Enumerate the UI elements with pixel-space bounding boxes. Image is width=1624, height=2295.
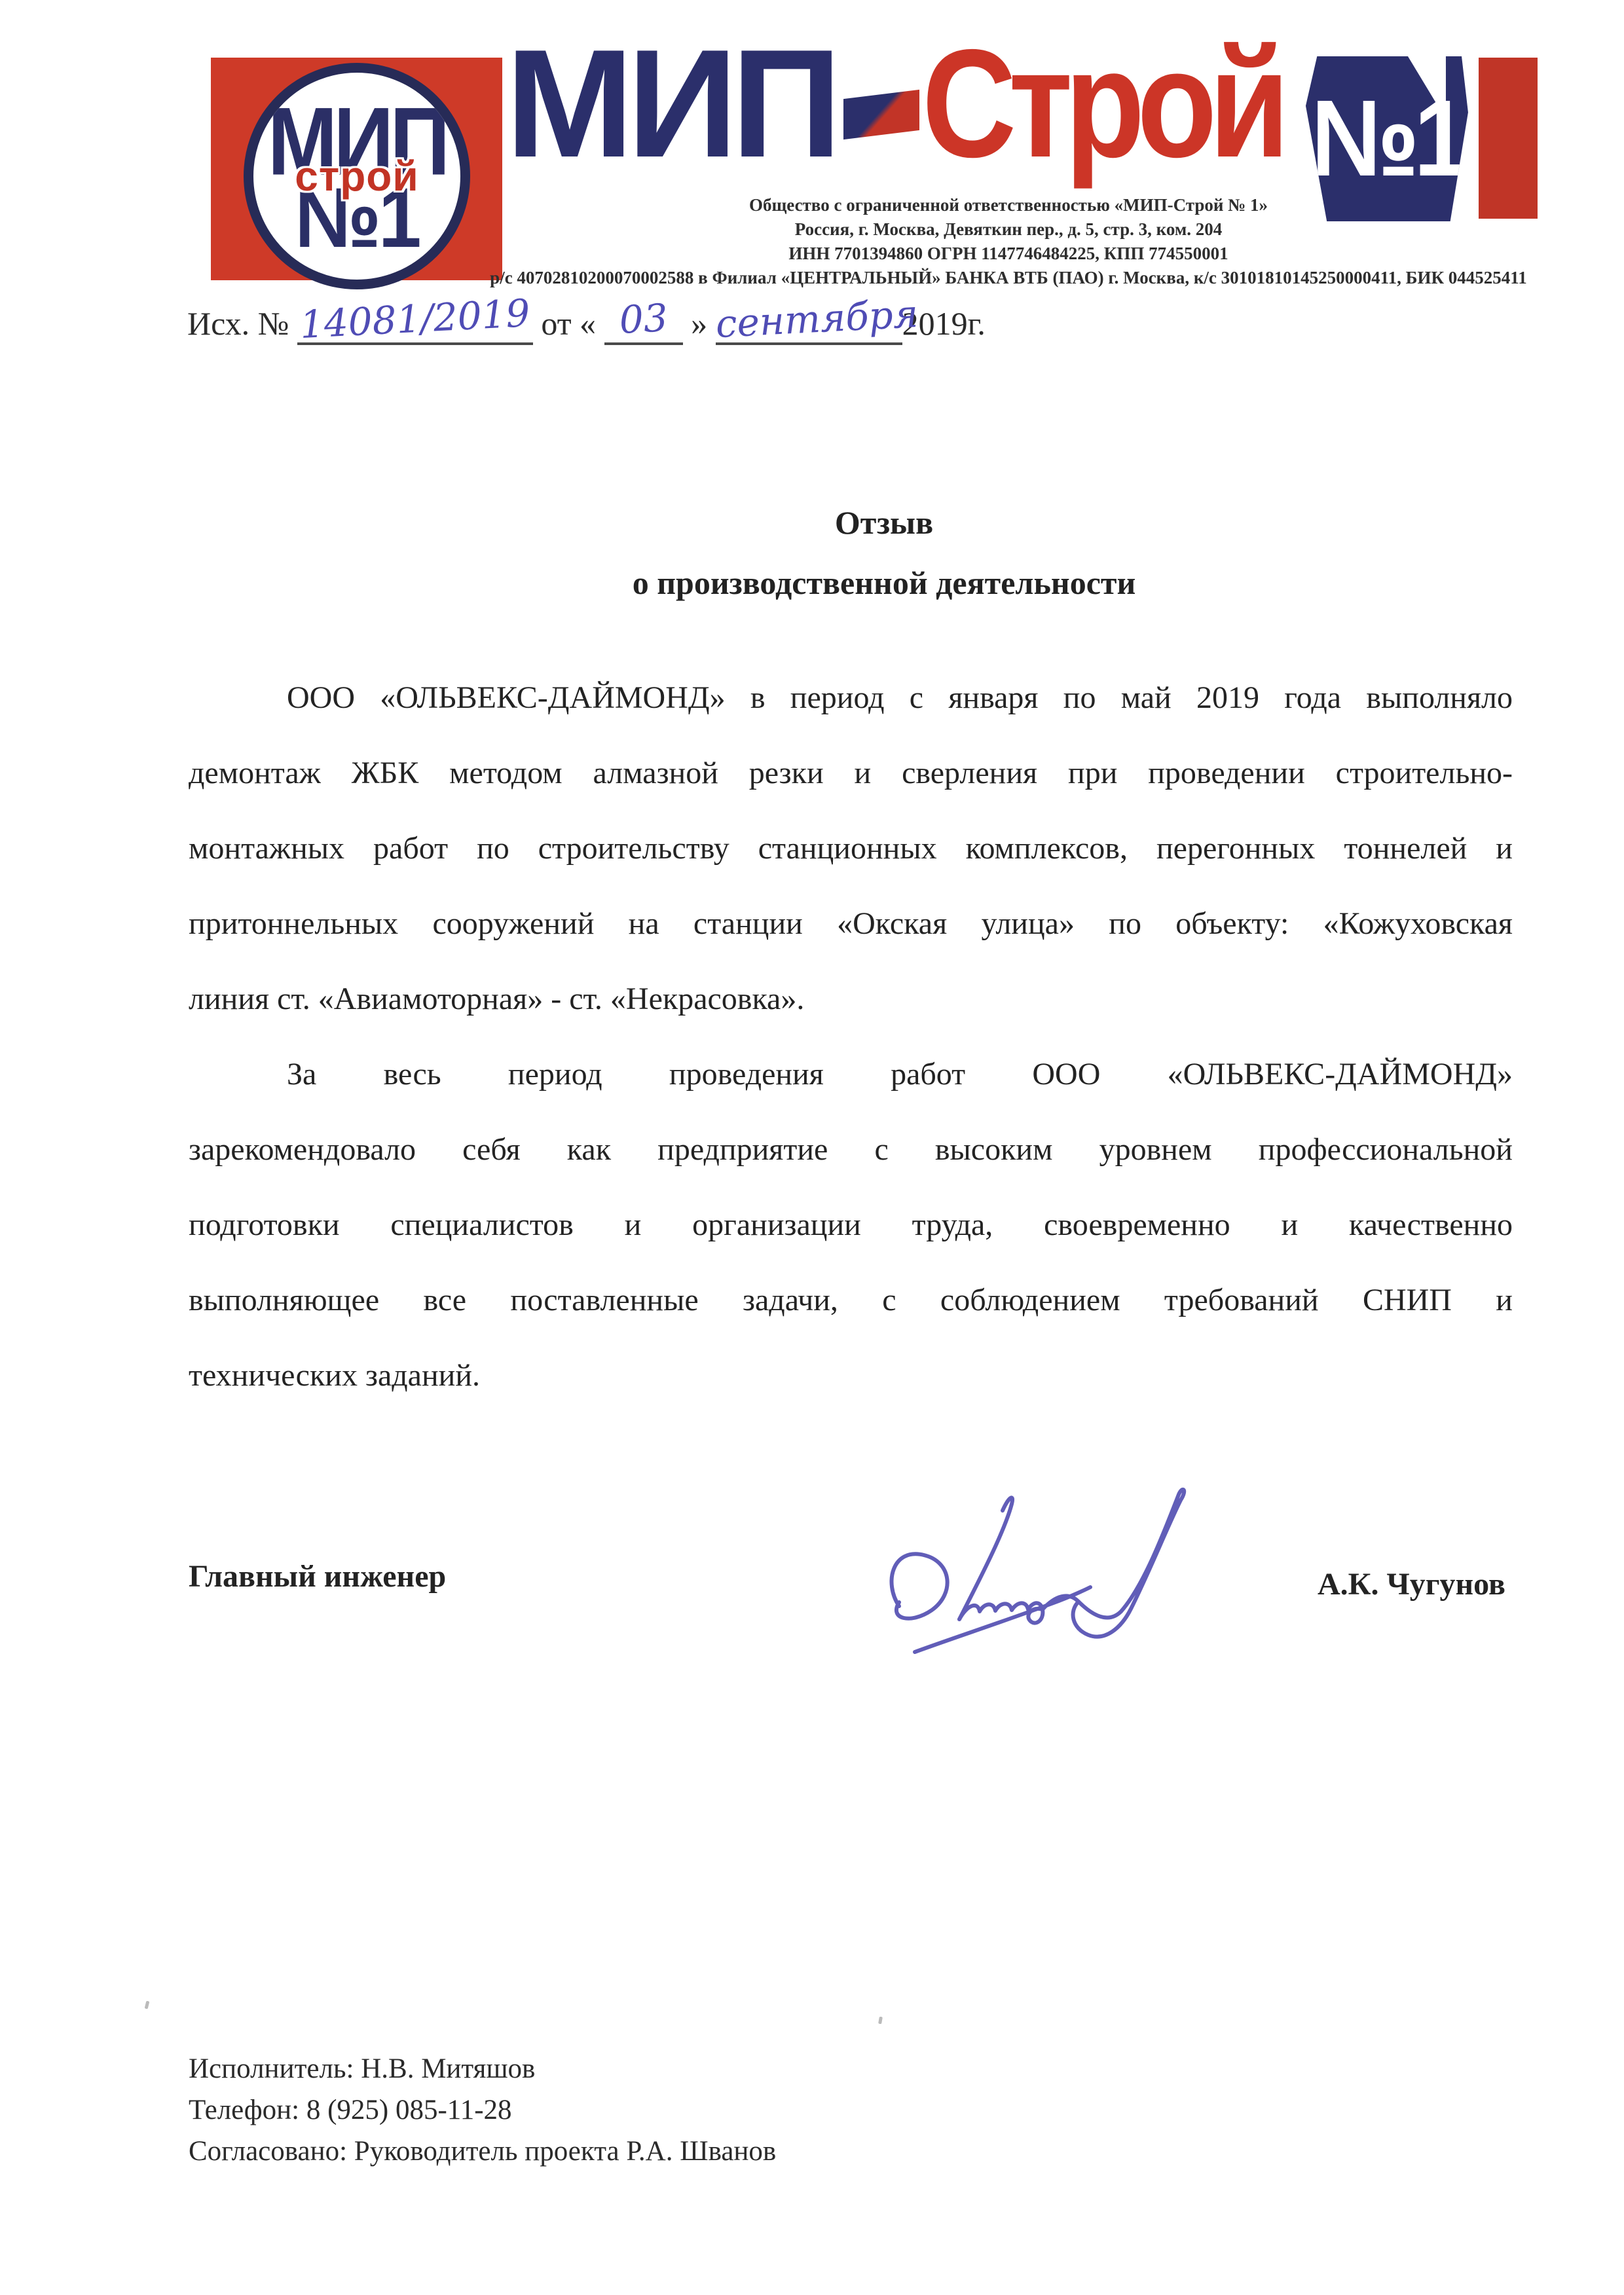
body-line: зарекомендовало себя как предприятие с в…	[189, 1112, 1513, 1187]
company-address-line: Россия, г. Москва, Девяткин пер., д. 5, …	[419, 217, 1598, 242]
reference-from-label: от «	[541, 305, 596, 342]
company-name-line: Общество с ограниченной ответственностью…	[419, 193, 1598, 217]
body-line: демонтаж ЖБК методом алмазной резки и св…	[189, 735, 1513, 811]
executor-line: Исполнитель: Н.В. Митяшов	[189, 2048, 776, 2089]
company-bank-line: р/с 40702810200070002588 в Филиал «ЦЕНТР…	[419, 266, 1598, 290]
scan-speck	[145, 2001, 150, 2010]
reference-line: Исх. № 14081/2019 от « 03 » сентября2019…	[187, 303, 986, 345]
wordmark-number-symbol: №1	[1311, 77, 1462, 201]
signatory-name: А.К. Чугунов	[1318, 1566, 1505, 1602]
signatory-position: Главный инженер	[189, 1558, 446, 1594]
logo-text-stroy: строй	[295, 159, 418, 193]
document-body: ООО «ОЛЬВЕКС-ДАЙМОНД» в период с января …	[189, 660, 1513, 1413]
body-line: технических заданий.	[189, 1338, 1513, 1413]
title-line-2: о производственной деятельности	[190, 553, 1578, 613]
reference-close-quote: »	[691, 305, 707, 342]
document-footer: Исполнитель: Н.В. Митяшов Телефон: 8 (92…	[189, 2048, 776, 2172]
body-line: линия ст. «Авиамоторная» - ст. «Некрасов…	[189, 961, 1513, 1037]
title-line-1: Отзыв	[190, 492, 1578, 553]
company-inn-ogrn-line: ИНН 7701394860 ОГРН 1147746484225, КПП 7…	[419, 242, 1598, 266]
body-line: выполняющее все поставленные задачи, с с…	[189, 1262, 1513, 1338]
reference-prefix: Исх. №	[187, 305, 289, 342]
document-title: Отзыв о производственной деятельности	[190, 492, 1578, 613]
company-requisites: Общество с ограниченной ответственностью…	[419, 193, 1598, 290]
handwritten-reference-number: 14081/2019	[299, 294, 531, 344]
wordmark-mip: МИП	[506, 26, 836, 180]
company-wordmark: МИП Строй №1	[506, 26, 1538, 221]
handwritten-month: сентября	[714, 295, 919, 343]
reference-month-blank: сентября	[716, 303, 902, 345]
scanned-letter-page: МИП строй №1 МИП Строй №1 Общество с огр…	[0, 0, 1624, 2295]
handwritten-day: 03	[618, 299, 669, 339]
body-line: монтажных работ по строительству станцио…	[189, 811, 1513, 886]
scan-speck	[878, 2017, 883, 2025]
body-line: За весь период проведения работ ООО «ОЛЬ…	[189, 1037, 1513, 1112]
body-line: ООО «ОЛЬВЕКС-ДАЙМОНД» в период с января …	[189, 660, 1513, 735]
handwritten-signature	[874, 1470, 1208, 1673]
body-line: подготовки специалистов и организации тр…	[189, 1187, 1513, 1262]
reference-day-blank: 03	[604, 303, 683, 345]
phone-line: Телефон: 8 (925) 085-11-28	[189, 2089, 776, 2131]
wordmark-stroy: Строй	[922, 26, 1282, 180]
wordmark-flag-hyphen-icon	[843, 90, 919, 139]
approved-line: Согласовано: Руководитель проекта Р.А. Ш…	[189, 2131, 776, 2172]
reference-number-blank: 14081/2019	[297, 303, 533, 345]
body-line: притоннельных сооружений на станции «Окс…	[189, 886, 1513, 961]
